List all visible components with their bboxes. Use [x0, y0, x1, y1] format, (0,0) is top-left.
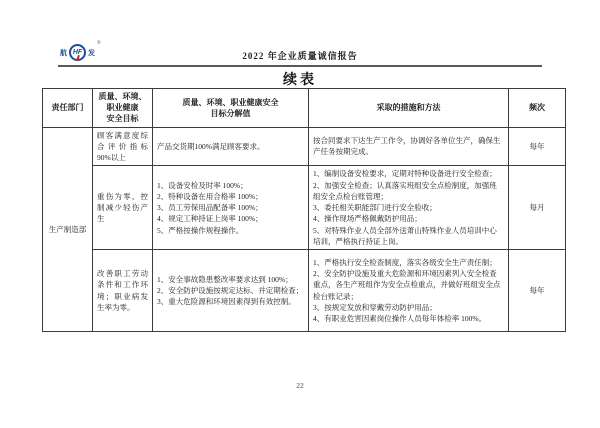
col-header-decomposition: 质量、环境、职业健康安全 目标分解值 — [153, 89, 309, 128]
measures-cell: 按合同要求下达生产工作令，协调好各单位生产，确保生产任务按期完成。 — [309, 127, 509, 166]
decomposition-cell: 1、安全事故隐患整改率要求达到 100%； 2、安全防护设施按规定达标、并定期检… — [153, 250, 309, 332]
frequency-cell: 每月 — [509, 166, 566, 250]
col-header-department: 责任部门 — [43, 89, 93, 128]
table-row: 改善职工劳动条件和工作环境；职业病发生率为零。 1、安全事故隐患整改率要求达到 … — [43, 250, 566, 332]
measures-cell: 1、编制设备安检要求，定期对特种设备进行安全检查； 2、加强安全检查；认真落实班… — [309, 166, 509, 250]
col-header-frequency: 频次 — [509, 89, 566, 128]
measures-cell: 1、严格执行安全检查制度，落实各级安全生产责任制； 2、安全防护设施及重大危险源… — [309, 250, 509, 332]
department-cell: 生产制造部 — [43, 127, 93, 332]
table-row: 重伤为零、控制减少轻伤产生 1、设备安检及时率 100%； 2、特种设备在用合格… — [43, 166, 566, 250]
document-header-title: 2022 年企业质量诚信报告 — [58, 49, 542, 62]
frequency-cell: 每年 — [509, 127, 566, 166]
goal-cell: 重伤为零、控制减少轻伤产生 — [93, 166, 153, 250]
col-header-measures: 采取的措施和方法 — [309, 89, 509, 128]
decomposition-cell: 1、设备安检及时率 100%； 2、特种设备在用合格率 100%； 3、员工劳保… — [153, 166, 309, 250]
col-header-goal: 质量、环境、 职业健康 安全目标 — [93, 89, 153, 128]
page-number: 22 — [0, 381, 600, 390]
continued-table-title: 续表 — [0, 69, 600, 89]
goal-cell: 改善职工劳动条件和工作环境；职业病发生率为零。 — [93, 250, 153, 332]
page-header: 航 HF 发 ® 2022 年企业质量诚信报告 — [58, 30, 542, 67]
report-page: 航 HF 发 ® 2022 年企业质量诚信报告 续表 责任部门 质量、环境、 职… — [0, 0, 600, 428]
table-header-row: 责任部门 质量、环境、 职业健康 安全目标 质量、环境、职业健康安全 目标分解值… — [43, 89, 566, 128]
table-row: 生产制造部 顾客满意度综合评价指标90%以上 产品交货期100%满足顾客要求。 … — [43, 127, 566, 166]
goals-table: 责任部门 质量、环境、 职业健康 安全目标 质量、环境、职业健康安全 目标分解值… — [42, 88, 566, 332]
decomposition-cell: 产品交货期100%满足顾客要求。 — [153, 127, 309, 166]
registered-trademark-mark: ® — [97, 41, 101, 46]
goal-cell: 顾客满意度综合评价指标90%以上 — [93, 127, 153, 166]
frequency-cell: 每年 — [509, 250, 566, 332]
